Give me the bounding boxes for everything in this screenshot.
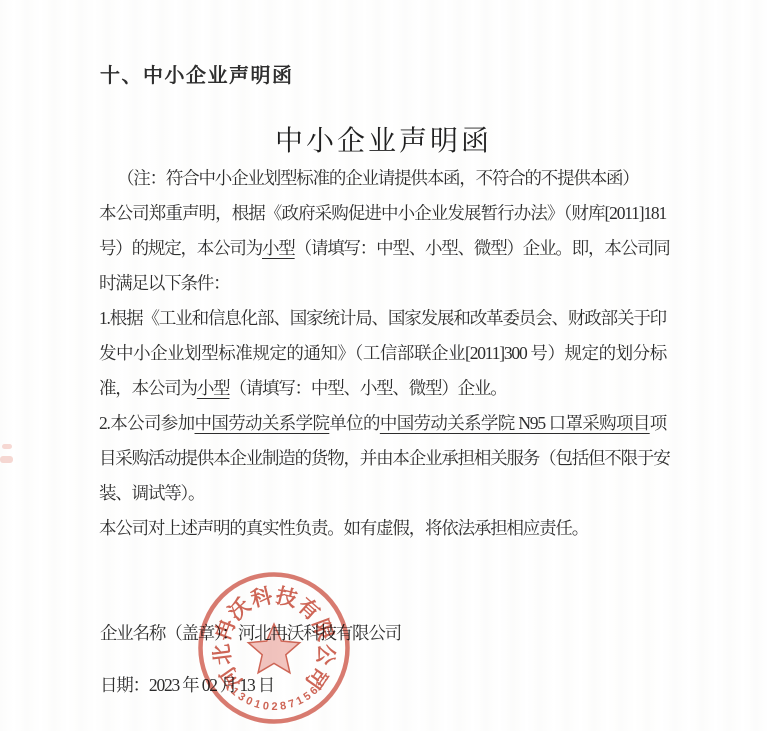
seal-serial-digit: 1 [253,698,262,711]
text-segment: 时满足以下条件： [99,273,229,293]
seal-serial-digit: 8 [279,700,287,713]
text-segment: 本公司郑重声明，根据《政府采购促进中小企业发展暂行办法》（财库[2011]181 [99,203,666,223]
underlined-segment: 小型 [197,378,230,398]
scan-smudge [0,456,13,463]
text-segment: 单位的 [329,413,380,433]
body-line: 准，本公司为小型（请填写：中型、小型、微型）企业。 [99,371,666,406]
text-segment: 本公司对上述声明的真实性负责。如有虚假，将依法承担相应责任。 [99,518,588,538]
underlined-segment: 中国劳动关系学院 [195,413,330,433]
body-line: 本公司郑重声明，根据《政府采购促进中小企业发展暂行办法》（财库[2011]181 [99,196,666,231]
seal-serial-digit: 2 [271,701,277,713]
underlined-segment: 小型 [262,238,295,258]
seal-company-char: 河 [216,662,248,693]
text-segment: 项 [650,413,666,433]
body-line: 号）的规定，本公司为小型（请填写：中型、小型、微型）企业。即，本公司同 [99,231,666,266]
seal-company-char: 科 [248,583,275,612]
text-segment: 发中小企业划型标准规定的通知》（工信部联企业[2011]300 号）规定的划分标 [99,343,666,363]
body-line: 时满足以下条件： [99,266,666,301]
text-segment: 2.本公司参加 [99,413,195,433]
text-segment: 号）的规定，本公司为 [99,238,262,258]
page-title: 中小企业声明函 [0,119,767,159]
text-segment: 装、调试等）。 [99,483,204,503]
seal-serial-digit: 0 [262,700,270,713]
body-line: 目采购活动提供本企业制造的货物，并由本企业承担相关服务（包括但不限于安 [99,441,666,476]
underlined-segment: 中国劳动关系学院 N95 口罩采购项目 [380,413,650,433]
body-line: 1.根据《工业和信息化部、国家统计局、国家发展和改革委员会、财政部关于印 [99,301,666,336]
body-line: （注：符合中小企业划型标准的企业请提供本函，不符合的不提供本函） [99,161,666,196]
text-segment: （请填写：中型、小型、微型）企业。即，本公司同 [295,238,670,258]
text-segment: （注：符合中小企业划型标准的企业请提供本函，不符合的不提供本函） [117,168,639,188]
text-segment: 准，本公司为 [99,378,197,398]
seal-company-char: 北 [209,643,235,667]
declaration-body: （注：符合中小企业划型标准的企业请提供本函，不符合的不提供本函）本公司郑重声明，… [99,161,666,546]
text-segment: （请填写：中型、小型、微型）企业。 [229,378,506,398]
company-seal: 河北冉沃科技有限公司1301028715615 [196,570,352,726]
body-line: 发中小企业划型标准规定的通知》（工信部联企业[2011]300 号）规定的划分标 [99,336,666,371]
text-segment: 目采购活动提供本企业制造的货物，并由本企业承担相关服务（包括但不限于安 [99,448,670,468]
body-line: 2.本公司参加中国劳动关系学院单位的中国劳动关系学院 N95 口罩采购项目项 [99,406,666,441]
body-line: 本公司对上述声明的真实性负责。如有虚假，将依法承担相应责任。 [99,511,666,546]
seal-company-char: 公 [312,643,338,667]
section-heading: 十、中小企业声明函 [100,59,294,88]
scan-smudge [2,444,12,449]
scanned-document-page: { "document": { "section_heading": "十、中小… [0,0,767,731]
body-line: 装、调试等）。 [99,476,666,511]
seal-star-icon [248,624,299,673]
text-segment: 1.根据《工业和信息化部、国家统计局、国家发展和改革委员会、财政部关于印 [99,308,666,328]
